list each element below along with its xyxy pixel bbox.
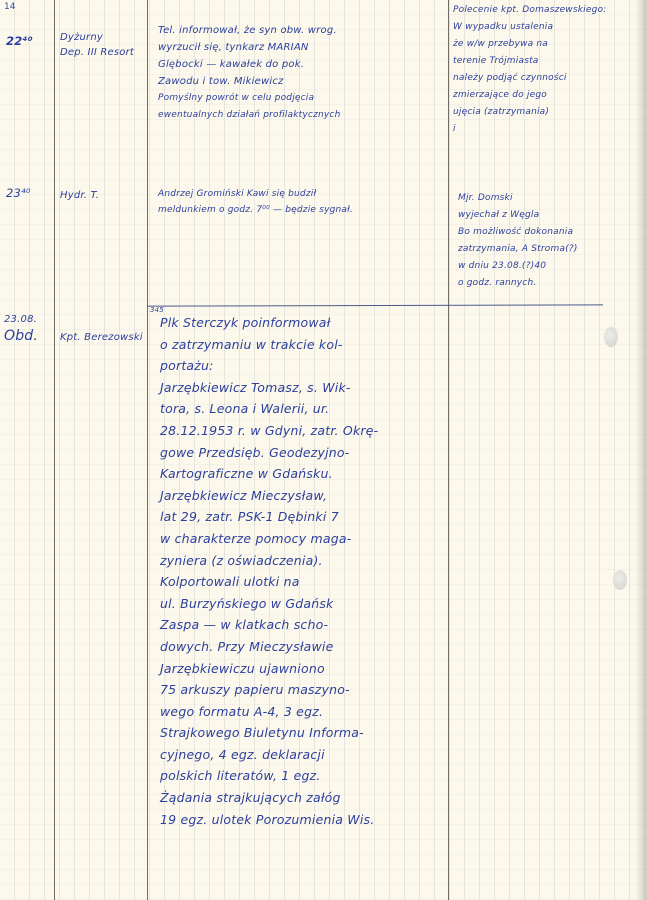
- content-line: Plk Sterczyk poinformował: [160, 312, 378, 334]
- content-line: tora, s. Leona i Walerii, ur.: [160, 398, 378, 420]
- remarks-line: zmierzające do jego: [453, 87, 606, 104]
- content-line: wego formatu A-4, 3 egz.: [160, 701, 378, 723]
- entry-officer: Dyżurny Dep. III Resort: [60, 30, 134, 60]
- entry-officer: Kpt. Berezowski: [60, 330, 143, 345]
- content-line: cyjnego, 4 egz. deklaracji: [160, 744, 378, 766]
- content-line: 19 egz. ulotek Porozumienia Wis.: [160, 809, 378, 831]
- entry-time: 23.08. Obd.: [4, 312, 38, 345]
- content-line: 28.12.1953 r. w Gdyni, zatr. Okrę-: [160, 420, 378, 442]
- row-separator: [147, 304, 603, 306]
- content-line: Jarzębkiewiczu ujawniono: [160, 658, 378, 680]
- content-line: Tel. informował, że syn obw. wrog.: [158, 22, 340, 39]
- content-line: Zawodu i tow. Mikiewicz: [158, 73, 340, 90]
- content-line: Zaspa — w klatkach scho-: [160, 614, 378, 636]
- content-line: ul. Burzyńskiego w Gdańsk: [160, 593, 378, 615]
- content-line: o zatrzymaniu w trakcie kol-: [160, 334, 378, 356]
- content-line: gowe Przedsięb. Geodezyjno-: [160, 442, 378, 464]
- content-line: dowych. Przy Mieczysławie: [160, 636, 378, 658]
- entry-content: Andrzej Gromiński Kawi się budził meldun…: [158, 186, 353, 218]
- remarks-line: że w/w przebywa na: [453, 36, 606, 53]
- entry-date-note: Obd.: [4, 327, 38, 345]
- entry-content: Tel. informował, że syn obw. wrog. wyrzu…: [158, 22, 340, 124]
- content-line: w charakterze pomocy maga-: [160, 528, 378, 550]
- column-divider-time: [54, 0, 55, 900]
- officer-line: Dep. III Resort: [60, 45, 134, 60]
- page-edge-shadow: [635, 0, 647, 900]
- entry-content: Plk Sterczyk poinformował o zatrzymaniu …: [160, 312, 378, 830]
- entry-time: 22⁴⁰: [6, 34, 33, 50]
- entry-time: 23⁴⁰: [6, 186, 31, 202]
- column-divider-officer: [147, 0, 148, 900]
- content-line: polskich literatów, 1 egz.: [160, 765, 378, 787]
- content-line: Jarzębkiewicz Mieczysław,: [160, 485, 378, 507]
- entry-officer: Hydr. T.: [60, 188, 99, 203]
- punch-hole-top: [604, 327, 618, 347]
- column-divider-content: [448, 0, 449, 900]
- content-line: Żądania strajkujących załóg: [160, 787, 378, 809]
- remarks-line: Bo możliwość dokonania: [458, 224, 578, 241]
- remarks-line: wyjechał z Węgla: [458, 207, 578, 224]
- content-line: Glębocki — kawałek do pok.: [158, 56, 340, 73]
- punch-hole-bottom: [613, 570, 627, 590]
- remarks-line: w dniu 23.08.(?)40: [458, 258, 578, 275]
- entry-remarks: Polecenie kpt. Domaszewskiego: W wypadku…: [453, 2, 606, 138]
- content-line: wyrzucił się, tynkarz MARIAN: [158, 39, 340, 56]
- ledger-page: 14 22⁴⁰ Dyżurny Dep. III Resort Tel. inf…: [0, 0, 647, 900]
- remarks-line: Mjr. Domski: [458, 190, 578, 207]
- content-line: lat 29, zatr. PSK-1 Dębinki 7: [160, 506, 378, 528]
- content-line: zyniera (z oświadczenia).: [160, 550, 378, 572]
- remarks-line: W wypadku ustalenia: [453, 19, 606, 36]
- content-line: Kolportowali ulotki na: [160, 571, 378, 593]
- remarks-line: ujęcia (zatrzymania): [453, 104, 606, 121]
- officer-line: Kpt. Berezowski: [60, 330, 143, 345]
- page-number: 14: [4, 2, 15, 12]
- remarks-line: zatrzymania, A Stroma(?): [458, 241, 578, 258]
- content-line: Andrzej Gromiński Kawi się budził: [158, 186, 353, 202]
- content-line: ewentualnych działań profilaktycznych: [158, 107, 340, 124]
- entry-remarks: Mjr. Domski wyjechał z Węgla Bo możliwoś…: [458, 190, 578, 292]
- remarks-line: Polecenie kpt. Domaszewskiego:: [453, 2, 606, 19]
- content-line: meldunkiem o godz. 7⁰⁰ — będzie sygnał.: [158, 202, 353, 218]
- content-line: Jarzębkiewicz Tomasz, s. Wik-: [160, 377, 378, 399]
- remarks-line: o godz. rannych.: [458, 275, 578, 292]
- content-line: Strajkowego Biuletynu Informa-: [160, 722, 378, 744]
- entry-date: 23.08.: [4, 312, 38, 327]
- content-line: 75 arkuszy papieru maszyno-: [160, 679, 378, 701]
- remarks-line: i: [453, 121, 606, 138]
- remarks-line: terenie Trójmiasta: [453, 53, 606, 70]
- officer-line: Hydr. T.: [60, 188, 99, 203]
- content-line: Kartograficzne w Gdańsku.: [160, 463, 378, 485]
- remarks-line: należy podjąć czynności: [453, 70, 606, 87]
- content-line: portażu:: [160, 355, 378, 377]
- content-line: Pomyślny powrót w celu podjęcia: [158, 90, 340, 107]
- officer-line: Dyżurny: [60, 30, 134, 45]
